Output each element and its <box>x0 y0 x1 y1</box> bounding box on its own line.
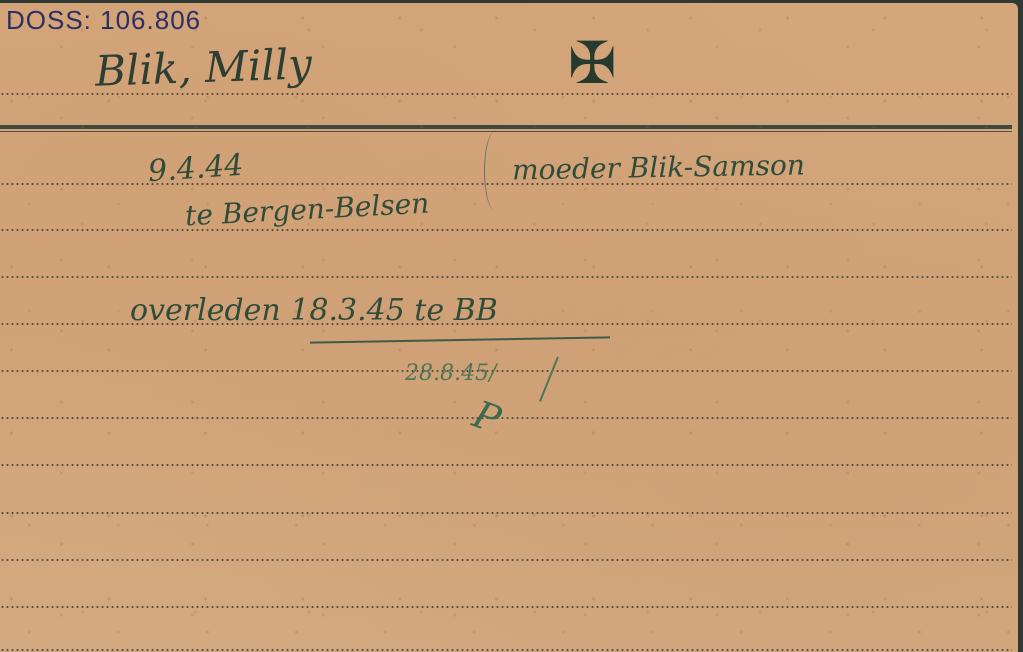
annotation-date: 28.8.45/ <box>405 361 496 386</box>
death-record: overleden 18.3.45 te BB <box>130 293 498 328</box>
dotted-line <box>0 512 1012 514</box>
slash-stroke <box>539 356 558 401</box>
dotted-line <box>0 370 1012 372</box>
index-card: DOSS: 106.806 Blik, Milly ✠ 9.4.44 te Be… <box>0 3 1018 652</box>
arrival-place: te Bergen-Belsen <box>184 187 430 233</box>
underline-stroke <box>310 336 610 343</box>
person-name: Blik, Milly <box>94 39 312 96</box>
header-rule-thick <box>0 125 1012 129</box>
dotted-line <box>0 606 1012 608</box>
dotted-line <box>0 229 1012 231</box>
dotted-line <box>0 276 1012 278</box>
death-cross-icon: ✠ <box>568 29 617 97</box>
dotted-line <box>0 649 1012 651</box>
dossier-number: DOSS: 106.806 <box>6 5 201 36</box>
dotted-line <box>0 464 1012 466</box>
bracket-mark <box>484 131 507 211</box>
initial-signature: P <box>467 392 506 442</box>
dotted-line <box>0 559 1012 561</box>
dotted-line <box>0 417 1012 419</box>
arrival-date: 9.4.44 <box>147 148 245 190</box>
mother-name: moeder Blik-Samson <box>512 148 805 186</box>
